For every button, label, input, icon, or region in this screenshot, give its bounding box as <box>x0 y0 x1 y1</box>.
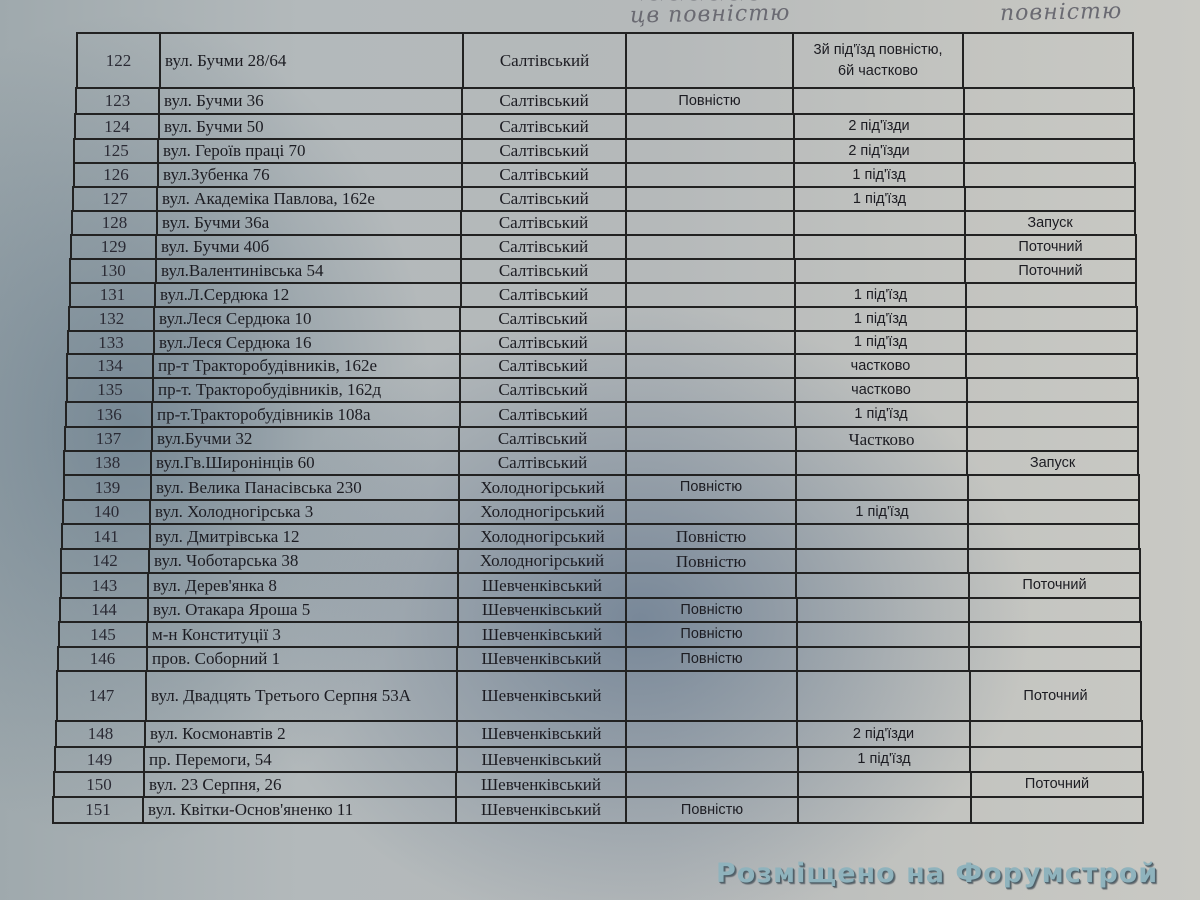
row-number: 143 <box>60 572 147 597</box>
district-cell: Салтівський <box>458 426 625 450</box>
address-cell: вул. Холодногірська 3 <box>149 499 458 523</box>
full-status-cell <box>625 32 792 87</box>
address-text: пр. Перемоги, 54 <box>149 750 272 770</box>
address-text: вул. Дмитрівська 12 <box>155 527 300 547</box>
row-number-text: 145 <box>90 625 116 645</box>
partial-status-text: 1 під'їзд <box>854 332 907 353</box>
row-number: 140 <box>62 499 149 523</box>
district-cell: Салтівський <box>461 87 625 113</box>
partial-status-cell <box>795 572 968 597</box>
type-cell <box>967 523 1140 548</box>
partial-status-cell <box>795 450 966 474</box>
district-text: Салтівський <box>499 91 588 111</box>
full-status-text: Повністю <box>680 600 742 621</box>
type-cell: Запуск <box>964 210 1136 234</box>
address-text: вул. Холодногірська 3 <box>155 502 313 522</box>
address-cell: вул.Валентинівська 54 <box>155 258 460 282</box>
row-number-text: 126 <box>103 165 129 185</box>
address-text: вул.Гв.Широнінців 60 <box>156 453 315 473</box>
partial-status-cell: 2 під'їзди <box>793 138 963 162</box>
full-status-cell: Повністю <box>625 646 796 670</box>
district-text: Холодногірський <box>480 502 604 522</box>
full-status-cell <box>625 258 794 282</box>
partial-status-cell: 1 під'їзд <box>794 282 965 306</box>
address-cell: пр-т.Тракторобудівників 108а <box>151 401 459 426</box>
address-text: вул.Бучми 32 <box>157 429 252 449</box>
full-status-cell <box>625 720 796 746</box>
partial-status-cell: 1 під'їзд <box>794 330 965 353</box>
address-text: вул. Героїв праці 70 <box>163 141 305 161</box>
district-cell: Холодногірський <box>458 474 625 499</box>
type-cell <box>962 32 1134 87</box>
full-status-cell: Повністю <box>625 548 795 572</box>
type-cell <box>964 186 1136 210</box>
address-text: вул.Валентинівська 54 <box>161 261 323 281</box>
partial-status-text: 2 під'їзди <box>848 116 909 137</box>
row-number-text: 122 <box>106 51 132 71</box>
partial-status-text: 1 під'їзд <box>855 502 908 523</box>
address-text: вул. Космонавтів 2 <box>150 724 286 744</box>
address-text: вул. Бучми 36 <box>164 91 264 111</box>
district-text: Холодногірський <box>480 478 604 498</box>
district-cell: Салтівський <box>459 377 625 401</box>
full-status-cell <box>625 234 793 258</box>
full-status-cell <box>625 401 794 426</box>
address-text: вул. Квітки-Основ'яненко 11 <box>148 800 353 820</box>
district-cell: Шевченківський <box>456 646 625 670</box>
partial-status-cell <box>795 523 967 548</box>
row-number-text: 141 <box>93 527 119 547</box>
district-cell: Шевченківський <box>456 746 625 771</box>
partial-status-cell: частково <box>794 377 966 401</box>
district-cell: Салтівський <box>459 330 625 353</box>
address-cell: вул. Бучми 36а <box>156 210 460 234</box>
district-cell: Салтівський <box>461 138 625 162</box>
district-text: Холодногірський <box>480 551 604 571</box>
address-text: вул. Бучми 36а <box>162 213 269 233</box>
row-number: 126 <box>73 162 157 186</box>
address-text: вул. Дерев'янка 8 <box>153 576 277 596</box>
partial-status-cell <box>795 474 967 499</box>
address-text: вул. Чоботарська 38 <box>154 551 298 571</box>
full-status-cell <box>625 572 795 597</box>
district-text: Салтівський <box>500 51 589 71</box>
full-status-cell <box>625 210 793 234</box>
partial-status-text: Частково <box>849 429 915 450</box>
type-cell <box>969 746 1143 771</box>
type-cell <box>966 377 1139 401</box>
address-cell: вул. Чоботарська 38 <box>148 548 457 572</box>
district-cell: Шевченківський <box>457 597 625 621</box>
address-text: пр-т.Тракторобудівників 108а <box>157 405 371 425</box>
partial-status-cell: частково <box>794 353 965 377</box>
district-text: Шевченківський <box>482 649 602 669</box>
address-cell: вул. Двадцять Третього Серпня 53А <box>145 670 456 720</box>
address-text: вул.Леся Сердюка 16 <box>159 333 311 353</box>
type-cell: Поточний <box>969 670 1142 720</box>
district-cell: Шевченківський <box>457 572 625 597</box>
address-cell: вул.Л.Сердюка 12 <box>154 282 460 306</box>
address-cell: вул. Отакара Яроша 5 <box>147 597 457 621</box>
district-cell: Шевченківський <box>455 771 625 796</box>
partial-status-cell: 1 під'їзд <box>794 306 965 330</box>
district-cell: Шевченківський <box>456 720 625 746</box>
type-text: Поточний <box>1018 261 1082 282</box>
district-text: Шевченківський <box>482 686 602 706</box>
row-number: 130 <box>69 258 155 282</box>
type-cell <box>965 306 1138 330</box>
row-number-text: 123 <box>105 91 131 111</box>
district-cell: Салтівський <box>459 353 625 377</box>
partial-status-cell <box>795 548 967 572</box>
district-text: Салтівський <box>498 453 587 473</box>
district-text: Салтівський <box>499 189 588 209</box>
address-text: вул.Л.Сердюка 12 <box>160 285 289 305</box>
address-cell: вул. Квітки-Основ'яненко 11 <box>142 796 455 824</box>
district-text: Салтівський <box>499 261 588 281</box>
district-text: Холодногірський <box>480 527 604 547</box>
full-status-cell <box>625 353 794 377</box>
row-number: 151 <box>52 796 142 824</box>
partial-status-text: частково <box>851 356 911 377</box>
full-status-text: Повністю <box>680 624 742 645</box>
row-number: 131 <box>69 282 154 306</box>
district-text: Салтівський <box>499 237 588 257</box>
type-cell <box>963 113 1135 138</box>
row-number-text: 144 <box>91 600 117 620</box>
full-status-cell <box>625 186 793 210</box>
full-status-cell <box>625 670 796 720</box>
watermark: Розміщено на Форумстрой <box>716 858 1158 889</box>
row-number: 149 <box>54 746 143 771</box>
full-status-text: Повністю <box>678 91 740 112</box>
full-status-text: Повністю <box>681 800 743 821</box>
district-cell: Салтівський <box>460 210 625 234</box>
address-text: пров. Соборний 1 <box>152 649 280 669</box>
district-text: Салтівський <box>498 380 587 400</box>
full-status-cell <box>625 450 795 474</box>
full-status-cell <box>625 162 793 186</box>
full-status-cell: Повністю <box>625 87 792 113</box>
district-cell: Салтівський <box>462 32 625 87</box>
row-number-text: 136 <box>96 405 122 425</box>
partial-status-text: 1 під'їзд <box>853 189 906 210</box>
district-cell: Салтівський <box>460 234 625 258</box>
row-number-text: 150 <box>86 775 112 795</box>
row-number: 133 <box>67 330 153 353</box>
row-number-text: 142 <box>92 551 118 571</box>
full-status-cell <box>625 330 794 353</box>
district-cell: Холодногірський <box>458 499 625 523</box>
partial-status-cell: 2 під'їзди <box>793 113 963 138</box>
partial-status-cell: 1 під'їзд <box>797 746 969 771</box>
address-cell: вул. Космонавтів 2 <box>144 720 456 746</box>
district-cell: Салтівський <box>460 258 625 282</box>
row-number-text: 147 <box>89 686 115 706</box>
address-text: вул. Бучми 40б <box>161 237 269 257</box>
partial-status-cell <box>793 210 964 234</box>
full-status-cell: Повністю <box>625 621 796 646</box>
row-number-text: 143 <box>92 576 118 596</box>
printed-table: 122вул. Бучми 28/64Салтівський3й під'їзд… <box>0 0 1200 900</box>
address-cell: пр-т Тракторобудівників, 162е <box>152 353 459 377</box>
address-cell: вул. Бучми 40б <box>155 234 460 258</box>
address-cell: пр-т. Тракторобудівників, 162д <box>152 377 459 401</box>
partial-status-text: 2 під'їзди <box>848 141 909 162</box>
row-number-text: 130 <box>100 261 126 281</box>
type-cell <box>963 138 1135 162</box>
full-status-text: Повністю <box>676 526 746 547</box>
row-number: 125 <box>73 138 157 162</box>
address-text: вул. Отакара Яроша 5 <box>153 600 310 620</box>
row-number-text: 138 <box>95 453 121 473</box>
type-cell <box>966 401 1139 426</box>
partial-status-text: 1 під'їзд <box>852 165 905 186</box>
address-cell: вул. Бучми 50 <box>158 113 461 138</box>
row-number: 128 <box>71 210 156 234</box>
type-cell: Поточний <box>968 572 1141 597</box>
row-number-text: 134 <box>97 356 123 376</box>
district-text: Шевченківський <box>482 625 602 645</box>
row-number-text: 139 <box>95 478 121 498</box>
address-text: м-н Конституції 3 <box>152 625 281 645</box>
full-status-cell <box>625 306 794 330</box>
type-cell <box>970 796 1144 824</box>
partial-status-cell: Частково <box>795 426 966 450</box>
full-status-cell <box>625 282 794 306</box>
type-cell <box>967 474 1140 499</box>
row-number: 144 <box>59 597 147 621</box>
district-text: Салтівський <box>498 405 587 425</box>
type-cell: Поточний <box>964 234 1137 258</box>
address-text: вул. 23 Серпня, 26 <box>149 775 282 795</box>
type-text: Запуск <box>1027 213 1072 234</box>
row-number-text: 146 <box>90 649 116 669</box>
full-status-cell <box>625 499 795 523</box>
row-number: 141 <box>61 523 149 548</box>
row-number: 122 <box>76 32 159 87</box>
row-number: 142 <box>60 548 148 572</box>
partial-status-text: 3й під'їзд повністю, 6й частково <box>814 40 943 82</box>
address-text: вул. Бучми 28/64 <box>165 51 286 71</box>
partial-status-cell: 1 під'їзд <box>793 186 964 210</box>
address-cell: вул. Дмитрівська 12 <box>149 523 458 548</box>
row-number-text: 140 <box>94 502 120 522</box>
district-text: Салтівський <box>498 333 587 353</box>
district-cell: Салтівський <box>459 306 625 330</box>
row-number: 134 <box>66 353 152 377</box>
address-cell: вул. 23 Серпня, 26 <box>143 771 455 796</box>
type-cell <box>963 87 1135 113</box>
district-cell: Салтівський <box>461 113 625 138</box>
district-text: Салтівський <box>498 429 587 449</box>
row-number-text: 137 <box>96 429 122 449</box>
district-cell: Холодногірський <box>458 523 625 548</box>
partial-status-cell: 2 під'їзди <box>796 720 969 746</box>
district-text: Шевченківський <box>482 750 602 770</box>
district-text: Салтівський <box>499 141 588 161</box>
district-text: Салтівський <box>499 117 588 137</box>
row-number-text: 128 <box>102 213 128 233</box>
address-cell: вул. Бучми 36 <box>158 87 461 113</box>
row-number: 132 <box>68 306 153 330</box>
address-text: вул. Двадцять Третього Серпня 53А <box>151 686 411 706</box>
partial-status-text: 1 під'їзд <box>854 285 907 306</box>
full-status-text: Повністю <box>676 551 746 572</box>
district-cell: Салтівський <box>460 282 625 306</box>
partial-status-cell: 3й під'їзд повністю, 6й частково <box>792 32 962 87</box>
row-number: 136 <box>65 401 151 426</box>
address-text: вул.Зубенка 76 <box>163 165 270 185</box>
type-text: Запуск <box>1030 453 1075 474</box>
partial-status-cell: 1 під'їзд <box>794 401 966 426</box>
row-number: 146 <box>57 646 146 670</box>
address-text: вул. Бучми 50 <box>164 117 264 137</box>
row-number: 138 <box>63 450 150 474</box>
address-text: вул. Академіка Павлова, 162е <box>162 189 375 209</box>
partial-status-text: 1 під'їзд <box>854 404 907 425</box>
full-status-text: Повністю <box>680 477 742 498</box>
partial-status-cell <box>797 796 970 824</box>
type-text: Поточний <box>1023 686 1087 707</box>
type-cell <box>965 282 1137 306</box>
address-text: пр-т Тракторобудівників, 162е <box>158 356 377 376</box>
address-cell: пров. Соборний 1 <box>146 646 456 670</box>
address-cell: вул. Бучми 28/64 <box>159 32 462 87</box>
partial-status-text: 2 під'їзди <box>853 724 914 745</box>
type-cell <box>968 621 1142 646</box>
district-text: Салтівський <box>498 356 587 376</box>
type-cell <box>965 330 1138 353</box>
district-text: Салтівський <box>499 213 588 233</box>
address-text: вул.Леся Сердюка 10 <box>159 309 311 329</box>
district-text: Шевченківський <box>482 724 602 744</box>
type-cell <box>966 426 1139 450</box>
district-cell: Холодногірський <box>457 548 625 572</box>
address-text: пр-т. Тракторобудівників, 162д <box>158 380 381 400</box>
full-status-cell <box>625 138 793 162</box>
row-number-text: 131 <box>100 285 126 305</box>
partial-status-cell: 1 під'їзд <box>795 499 967 523</box>
row-number-text: 127 <box>102 189 128 209</box>
row-number: 124 <box>74 113 158 138</box>
district-cell: Шевченківський <box>457 621 625 646</box>
full-status-cell: Повністю <box>625 597 796 621</box>
full-status-cell <box>625 746 797 771</box>
address-cell: вул. Героїв праці 70 <box>157 138 461 162</box>
partial-status-cell <box>796 646 968 670</box>
row-number-text: 129 <box>101 237 127 257</box>
row-number: 123 <box>75 87 158 113</box>
row-number: 127 <box>72 186 156 210</box>
partial-status-cell <box>796 621 968 646</box>
type-cell: Поточний <box>964 258 1137 282</box>
partial-status-text: 1 під'їзд <box>857 749 910 770</box>
type-cell <box>968 646 1142 670</box>
partial-status-cell <box>797 771 970 796</box>
address-cell: вул.Гв.Широнінців 60 <box>150 450 458 474</box>
partial-status-cell <box>793 234 964 258</box>
address-cell: вул.Зубенка 76 <box>157 162 461 186</box>
district-text: Шевченківський <box>482 600 602 620</box>
district-text: Салтівський <box>499 285 588 305</box>
full-status-text: Повністю <box>680 649 742 670</box>
type-cell <box>967 548 1141 572</box>
full-status-cell <box>625 771 797 796</box>
row-number-text: 148 <box>88 724 114 744</box>
row-number-text: 125 <box>103 141 129 161</box>
address-text: вул. Велика Панасівська 230 <box>156 478 362 498</box>
full-status-cell <box>625 377 794 401</box>
district-cell: Салтівський <box>461 162 625 186</box>
full-status-cell <box>625 113 793 138</box>
partial-status-cell <box>794 258 964 282</box>
row-number-text: 133 <box>98 333 124 353</box>
address-cell: вул.Леся Сердюка 10 <box>153 306 459 330</box>
type-cell <box>967 499 1140 523</box>
row-number: 139 <box>63 474 150 499</box>
address-cell: вул. Дерев'янка 8 <box>147 572 457 597</box>
district-cell: Шевченківський <box>455 796 625 824</box>
type-cell <box>968 597 1141 621</box>
row-number: 147 <box>56 670 145 720</box>
full-status-cell: Повністю <box>625 523 795 548</box>
district-text: Шевченківський <box>482 576 602 596</box>
type-cell <box>969 720 1143 746</box>
row-number: 135 <box>66 377 152 401</box>
district-cell: Шевченківський <box>456 670 625 720</box>
row-number: 145 <box>58 621 146 646</box>
district-cell: Салтівський <box>458 450 625 474</box>
district-text: Салтівський <box>499 165 588 185</box>
row-number: 148 <box>55 720 144 746</box>
type-cell <box>963 162 1136 186</box>
partial-status-cell <box>792 87 963 113</box>
district-cell: Салтівський <box>461 186 625 210</box>
full-status-cell: Повністю <box>625 796 797 824</box>
type-text: Поточний <box>1018 237 1082 258</box>
row-number: 137 <box>64 426 151 450</box>
row-number-text: 135 <box>97 380 123 400</box>
row-number: 129 <box>70 234 155 258</box>
type-text: Поточний <box>1025 774 1089 795</box>
type-cell: Поточний <box>970 771 1144 796</box>
partial-status-cell <box>796 670 969 720</box>
partial-status-cell <box>796 597 968 621</box>
type-cell: Запуск <box>966 450 1139 474</box>
partial-status-text: 1 під'їзд <box>854 309 907 330</box>
row-number: 150 <box>53 771 143 796</box>
full-status-cell: Повністю <box>625 474 795 499</box>
district-text: Шевченківський <box>481 800 601 820</box>
row-number-text: 149 <box>87 750 113 770</box>
partial-status-cell: 1 під'їзд <box>793 162 963 186</box>
row-number-text: 132 <box>99 309 125 329</box>
type-text: Поточний <box>1022 575 1086 596</box>
partial-status-text: частково <box>851 380 911 401</box>
type-cell <box>965 353 1138 377</box>
address-cell: пр. Перемоги, 54 <box>143 746 456 771</box>
row-number-text: 124 <box>104 117 130 137</box>
address-cell: вул. Академіка Павлова, 162е <box>156 186 461 210</box>
address-cell: вул.Бучми 32 <box>151 426 458 450</box>
district-text: Шевченківський <box>481 775 601 795</box>
address-cell: вул. Велика Панасівська 230 <box>150 474 458 499</box>
address-cell: вул.Леся Сердюка 16 <box>153 330 459 353</box>
district-cell: Салтівський <box>459 401 625 426</box>
address-cell: м-н Конституції 3 <box>146 621 457 646</box>
district-text: Салтівський <box>498 309 587 329</box>
